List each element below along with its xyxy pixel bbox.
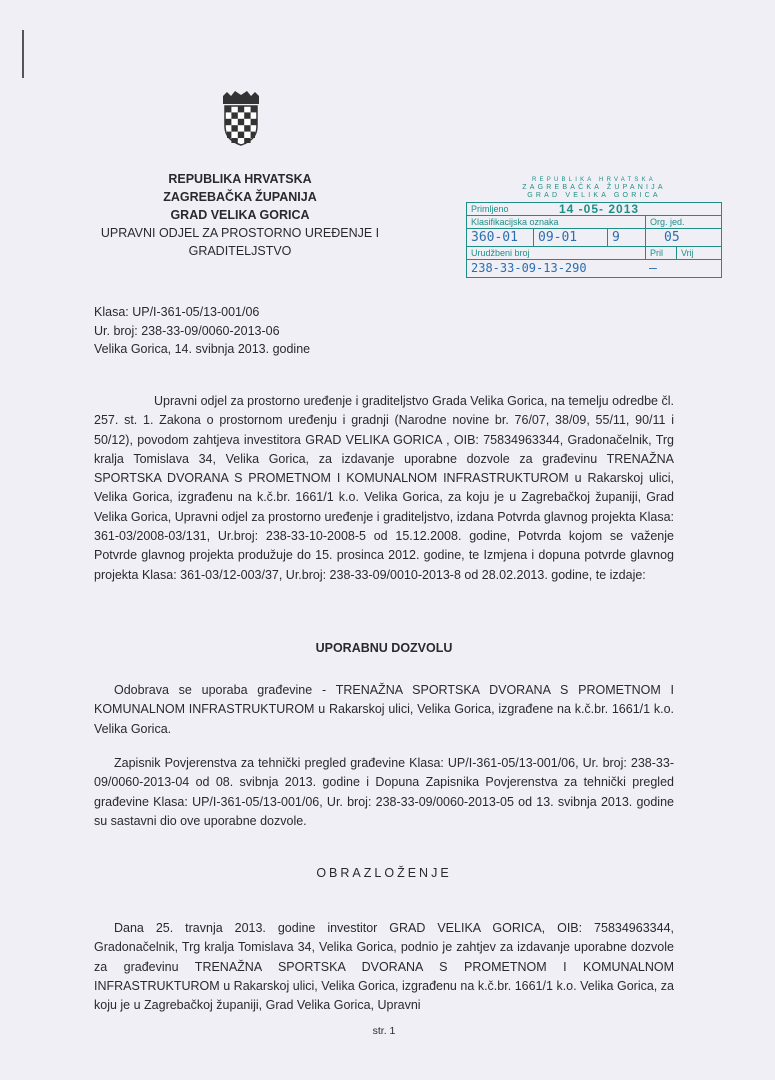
reasoning-title: OBRAZLOŽENJE (94, 866, 674, 880)
issuer-header: REPUBLIKA HRVATSKA ZAGREBAČKA ŽUPANIJA G… (80, 170, 400, 260)
klasa: Klasa: UP/I-361-05/13-001/06 (94, 303, 310, 322)
header-line: UPRAVNI ODJEL ZA PROSTORNO UREĐENJE I (80, 224, 400, 242)
org-label: Org. jed. (646, 216, 689, 228)
header-line: ZAGREBAČKA ŽUPANIJA (80, 188, 400, 206)
stamp-arc: GRAD VELIKA GORICA (466, 192, 722, 200)
reg-label: Urudžbeni broj (467, 247, 646, 259)
reasoning-paragraph: Dana 25. travnja 2013. godine investitor… (94, 919, 674, 1015)
document-meta: Klasa: UP/I-361-05/13-001/06 Ur. broj: 2… (94, 303, 310, 359)
ur-broj: Ur. broj: 238-33-09/0060-2013-06 (94, 322, 310, 341)
received-stamp: REPUBLIKA HRVATSKA ZAGREBAČKA ŽUPANIJA G… (466, 176, 722, 278)
stamp-arc: REPUBLIKA HRVATSKA (466, 176, 722, 184)
coat-of-arms-icon (219, 90, 263, 146)
stamp-arc: ZAGREBAČKA ŽUPANIJA (466, 184, 722, 192)
approval-paragraph: Odobrava se uporaba građevine - TRENAŽNA… (94, 681, 674, 739)
place-date: Velika Gorica, 14. svibnja 2013. godine (94, 340, 310, 359)
header-line: REPUBLIKA HRVATSKA (80, 170, 400, 188)
header-line: GRADITELJSTVO (80, 242, 400, 260)
org-value: 05 (646, 229, 684, 246)
reg-value: 238-33-09-13-290 (467, 260, 645, 277)
class-value-1: 360-01 (467, 229, 534, 246)
record-paragraph: Zapisnik Povjerenstva za tehnički pregle… (94, 754, 674, 831)
pril-value: — (645, 260, 661, 277)
class-value-3: 9 (608, 229, 646, 246)
class-value-2: 09-01 (534, 229, 608, 246)
intro-paragraph: Upravni odjel za prostorno uređenje i gr… (94, 392, 674, 585)
vrij-label: Vrij (677, 247, 698, 259)
document-page: REPUBLIKA HRVATSKA ZAGREBAČKA ŽUPANIJA G… (0, 0, 775, 1080)
received-date: 14 -05- 2013 (555, 203, 643, 215)
decision-title: UPORABNU DOZVOLU (94, 641, 674, 655)
pril-label: Pril (646, 247, 677, 259)
header-line: GRAD VELIKA GORICA (80, 206, 400, 224)
received-label: Primljeno (467, 203, 555, 215)
page-number: str. 1 (94, 1025, 674, 1037)
margin-mark (22, 30, 24, 78)
class-label: Klasifikacijska oznaka (467, 216, 646, 228)
